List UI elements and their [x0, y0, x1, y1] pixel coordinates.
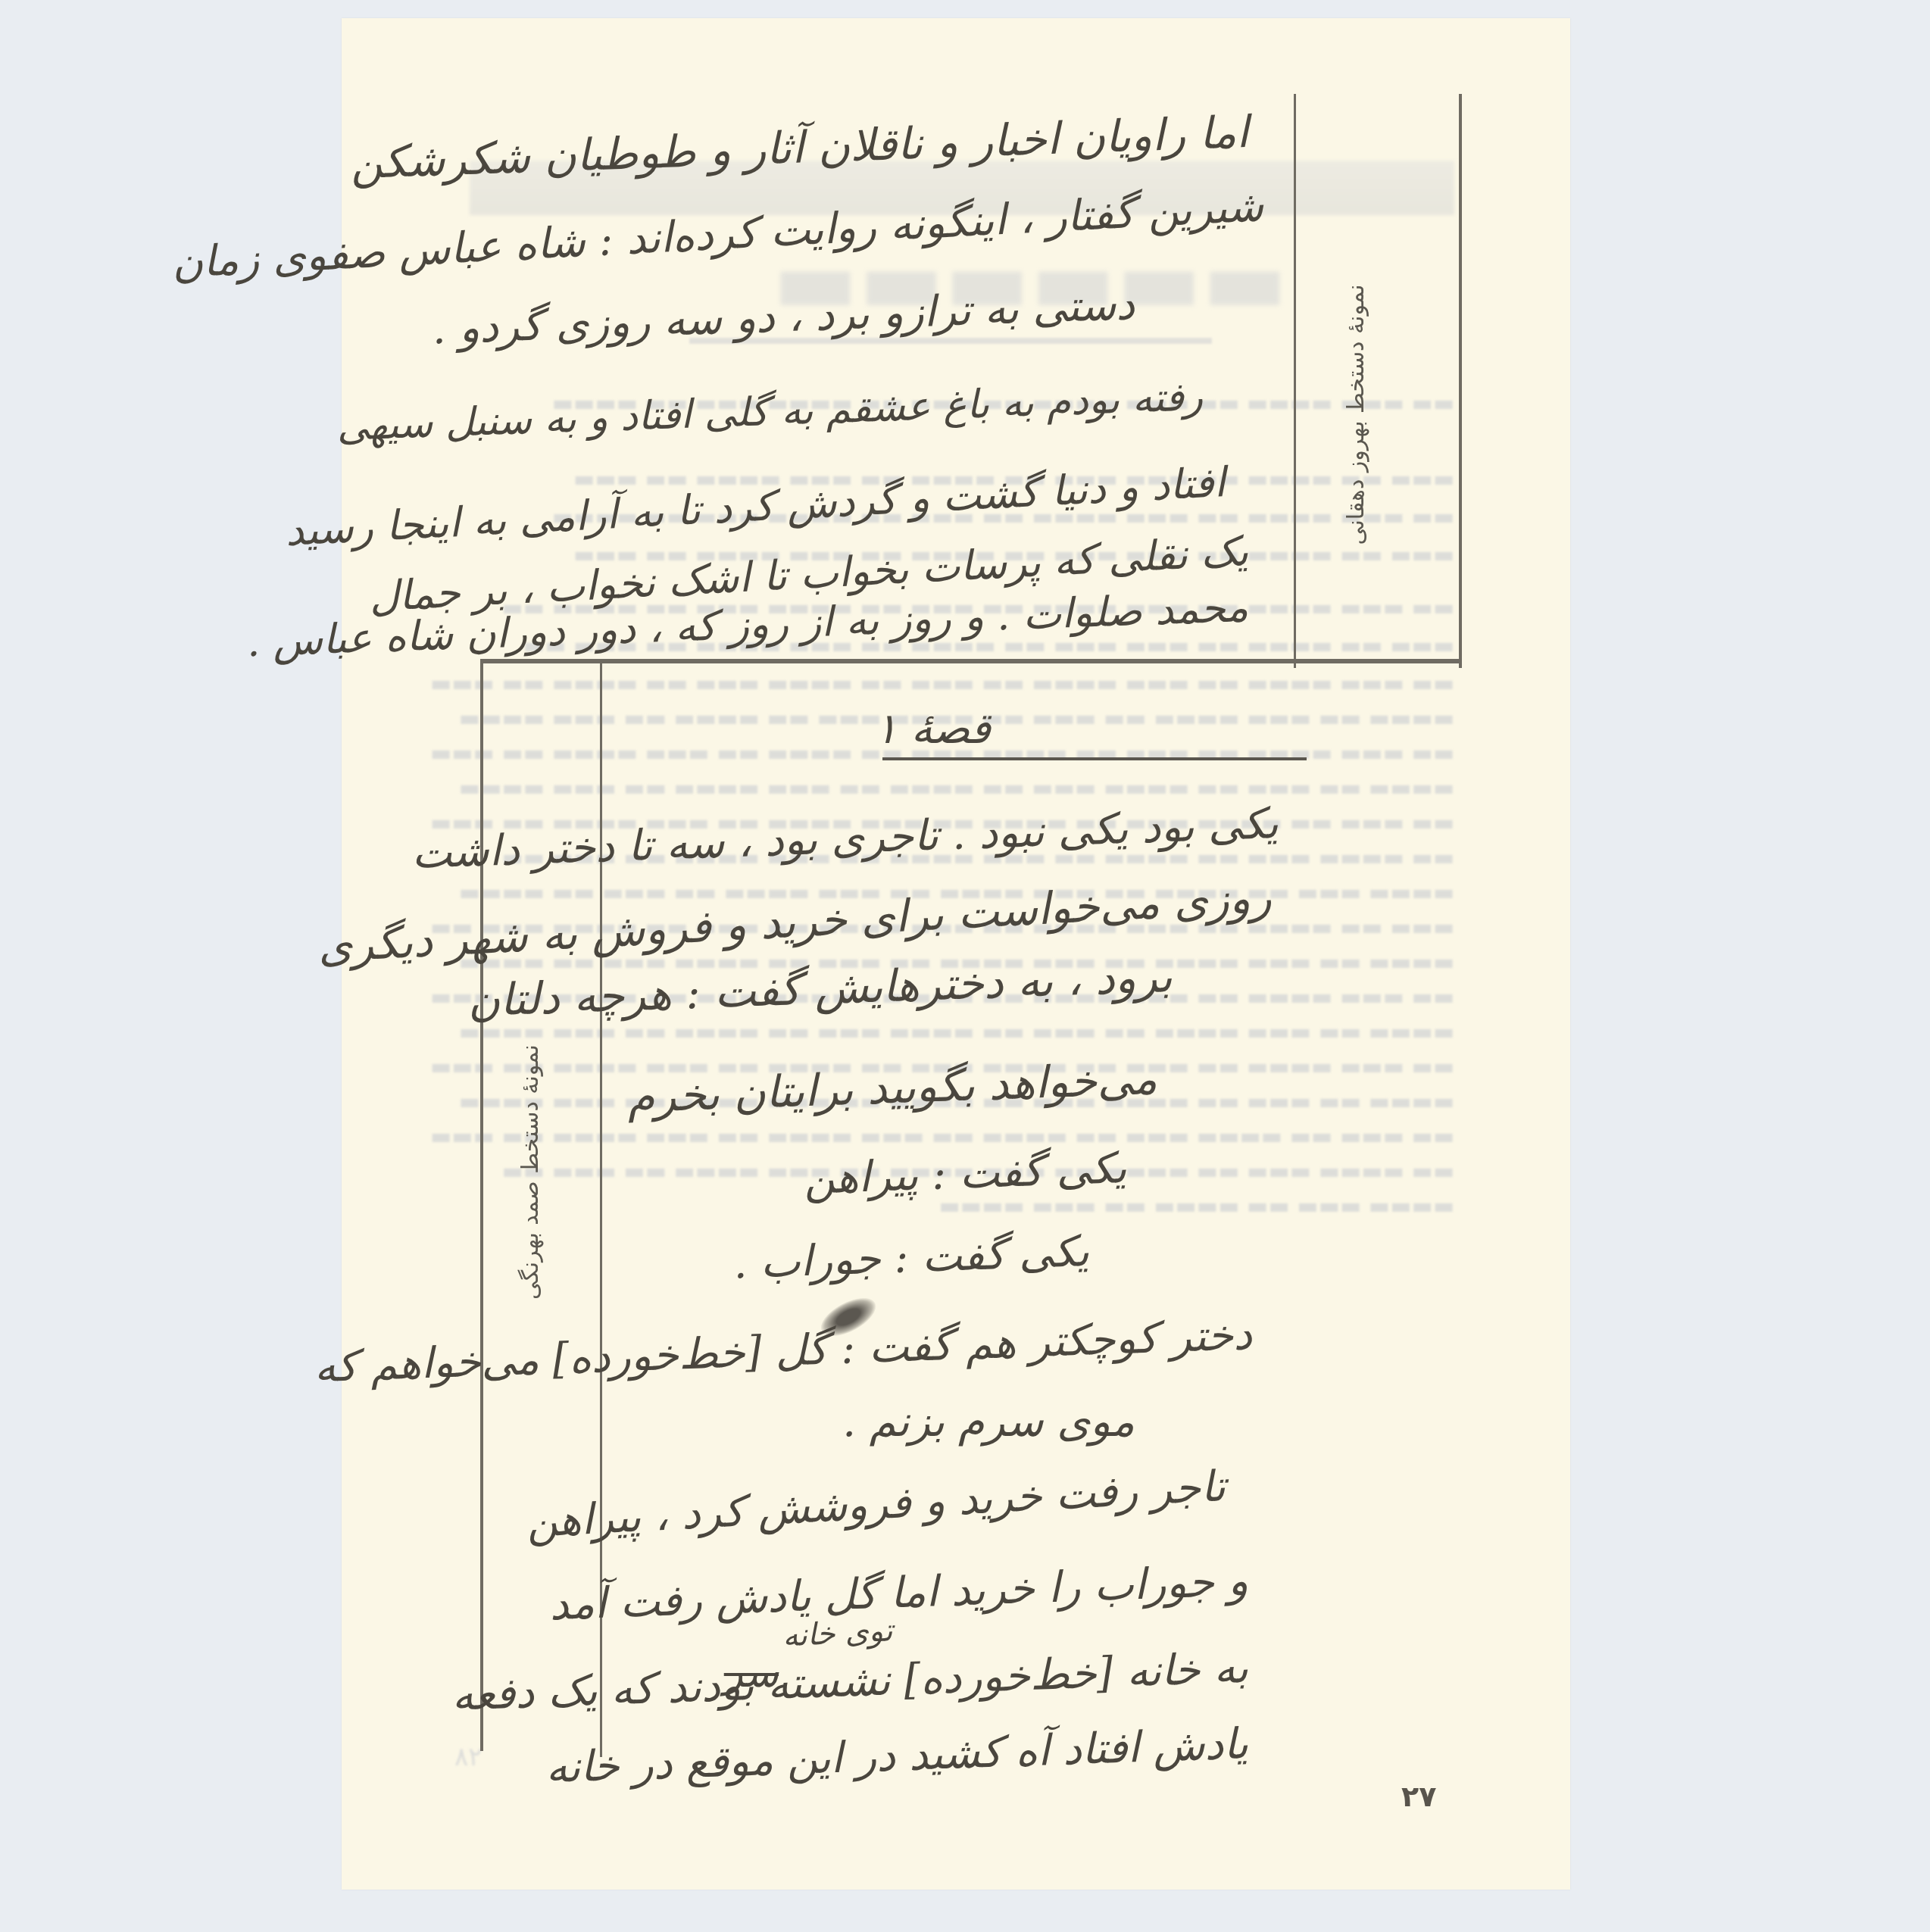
caption-samad-behrangi: نمونهٔ دستخط صمد بهرنگی	[517, 1021, 544, 1324]
caption-behrouz-dehghani: نمونهٔ دستخط بهروز دهقانی	[1343, 248, 1369, 582]
top-frame-right-line	[1459, 94, 1462, 668]
title-underline	[882, 757, 1307, 760]
top-frame-caption-divider	[1294, 94, 1296, 668]
bottom-frame-left-line	[480, 659, 483, 1751]
page-number: ۲۷	[1401, 1780, 1436, 1813]
ghost-page-number: ۸۲	[454, 1742, 482, 1772]
story-title: قصهٔ ۱	[875, 704, 991, 754]
handwritten-line: موی سرم بزنم .	[842, 1397, 1135, 1447]
frame-middle-rule	[480, 659, 1462, 663]
interlinear-insert: توی خانه	[782, 1613, 894, 1654]
